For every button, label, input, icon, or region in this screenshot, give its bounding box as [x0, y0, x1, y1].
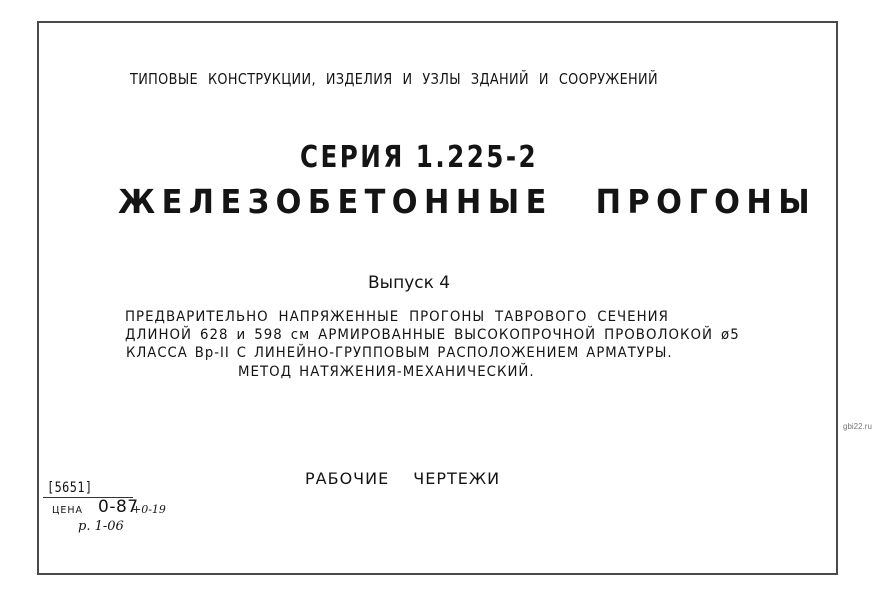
document-header: ТИПОВЫЕ КОНСТРУКЦИИ, ИЗДЕЛИЯ И УЗЛЫ ЗДАН…	[130, 70, 719, 88]
description-line: ПРЕДВАРИТЕЛЬНО НАПРЯЖЕННЫЕ ПРОГОНЫ ТАВРО…	[125, 309, 669, 325]
description-line: КЛАССА Вр-II С ЛИНЕЙНО-ГРУППОВЫМ РАСПОЛО…	[126, 345, 673, 361]
document-subtitle: РАБОЧИЕ ЧЕРТЕЖИ	[305, 469, 525, 488]
series-number: СЕРИЯ 1.225-2	[300, 140, 513, 175]
price-label: ЦЕНА	[52, 505, 83, 516]
catalog-number: [5651]	[47, 480, 93, 496]
description-line: МЕТОД НАТЯЖЕНИЯ-МЕХАНИЧЕСКИЙ.	[238, 364, 535, 380]
price-handwritten-addition: +0-19	[132, 503, 166, 516]
issue-number: Выпуск 4	[368, 273, 488, 293]
document-title: ЖЕЛЕЗОБЕТОННЫЕ ПРОГОНЫ	[118, 182, 707, 221]
description-line: ДЛИНОЙ 628 и 598 см АРМИРОВАННЫЕ ВЫСОКОП…	[125, 327, 740, 343]
price-handwritten-total: р. 1-06	[78, 519, 124, 534]
watermark: gbi22.ru	[843, 422, 872, 431]
drawing-frame	[37, 21, 838, 575]
